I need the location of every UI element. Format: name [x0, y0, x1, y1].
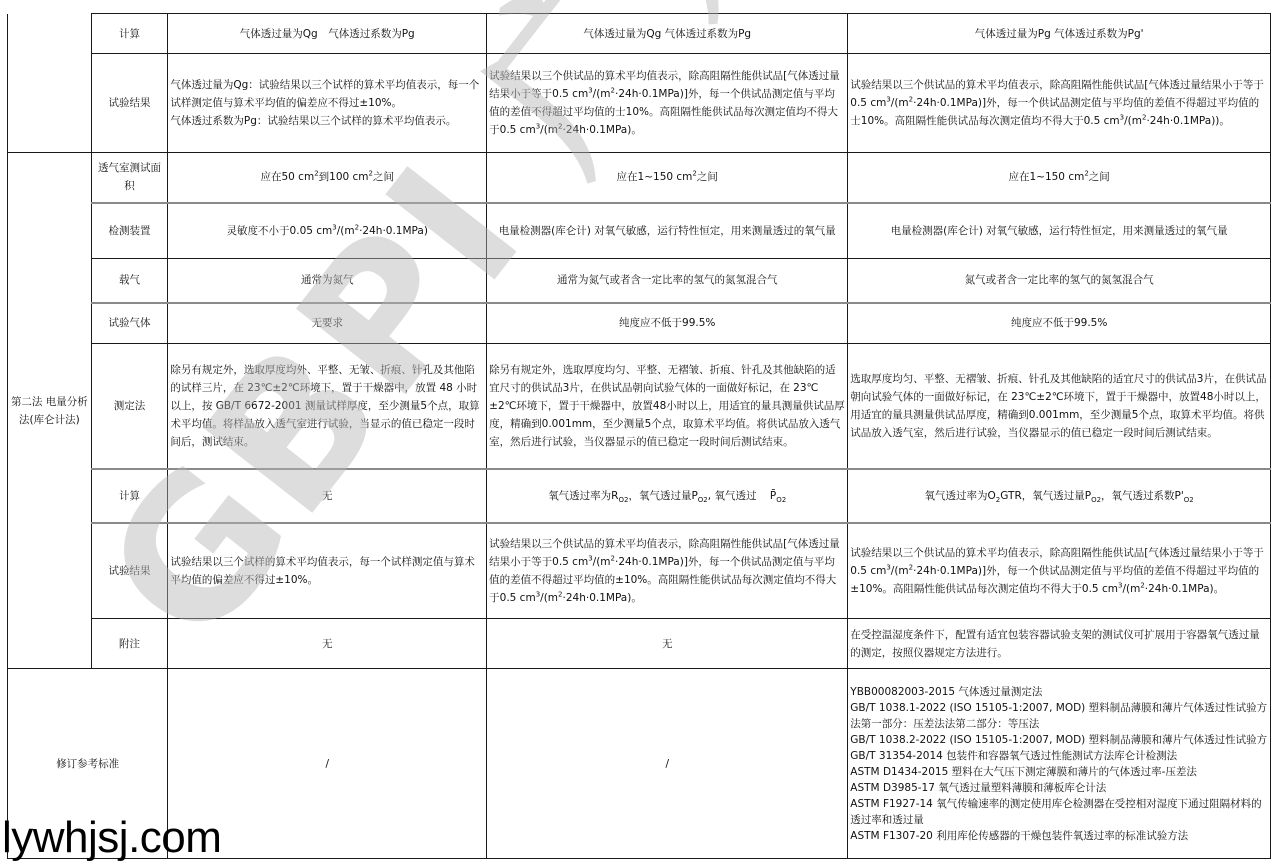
result-line: 气体透过量为Qg：试验结果以三个试样的算术平均值表示，每一个试样测定值与算术平均…: [170, 76, 484, 112]
spec-comparison-table: 计算 气体透过量为Qg 气体透过系数为Pg 气体透过量为Qg 气体透过系数为Pg…: [7, 13, 1271, 859]
cell-col-b: 通常为氮气或者含一定比率的氢气的氮氢混合气: [487, 259, 848, 303]
reference-item: ASTM D3985-17 氧气透过量塑料薄膜和薄板库仑计法: [850, 780, 1268, 796]
reference-item: GB/T 31354-2014 包装件和容器氧气透过性能测试方法库仑计检测法: [850, 748, 1268, 764]
cell-col-b: 除另有规定外，选取厚度均匀、平整、无褶皱、折痕、针孔及其他缺陷的适宜尺寸的供试品…: [487, 344, 848, 469]
method1-result-row: 试验结果 气体透过量为Qg：试验结果以三个试样的算术平均值表示，每一个试样测定值…: [8, 54, 1271, 153]
row-label: 透气室测试面积: [91, 153, 168, 203]
cell-col-b: 试验结果以三个供试品的算术平均值表示，除高阻隔性能供试品[气体透过量结果小于等于…: [487, 523, 848, 619]
cell-col-b: 电量检测器(库仑计) 对氧气敏感，运行特性恒定，用来测量透过的氧气量: [487, 203, 848, 259]
cell-col-b: 氧气透过率为RO2，氧气透过量PO2, 氧气透过ﾠ P̄O2: [487, 469, 848, 523]
method2-row: 附注无无在受控温湿度条件下，配置有适宜包装容器试验支架的测试仪可扩展用于容器氧气…: [8, 619, 1271, 669]
row-label: 试验结果: [91, 54, 168, 153]
method2-row: 载气通常为氮气通常为氮气或者含一定比率的氢气的氮氢混合气氮气或者含一定比率的氢气…: [8, 259, 1271, 303]
row-label: 测定法: [91, 344, 168, 469]
cell-col-a: 无要求: [168, 303, 487, 344]
method2-row: 测定法除另有规定外，选取厚度均外、平整、无皱、折痕、针孔及其他陷的试样三片，在 …: [8, 344, 1271, 469]
cell-col-a: 除另有规定外，选取厚度均外、平整、无皱、折痕、针孔及其他陷的试样三片，在 23℃…: [168, 344, 487, 469]
cell-col-a: 应在50 cm2到100 cm2之间: [168, 153, 487, 203]
cell-col-c: 在受控温湿度条件下，配置有适宜包装容器试验支架的测试仪可扩展用于容器氧气透过量的…: [848, 619, 1271, 669]
cell-col-a: 无: [168, 469, 487, 523]
row-label: 载气: [91, 259, 168, 303]
site-watermark: lywhjsj.com: [2, 812, 221, 864]
result-line: 气体透过系数为Pg：试验结果以三个试样的算术平均值表示。: [170, 112, 484, 130]
cell-col-b: 纯度应不低于99.5%: [487, 303, 848, 344]
cell-col-c: 氮气或者含一定比率的氢气的氮氢混合气: [848, 259, 1271, 303]
cell-col-c: 气体透过量为Pg 气体透过系数为Pg': [848, 14, 1271, 54]
row-label: 计算: [91, 14, 168, 54]
method2-row: 检测装置灵敏度不小于0.05 cm3/(m2·24h·0.1MPa)电量检测器(…: [8, 203, 1271, 259]
cell-col-a: 灵敏度不小于0.05 cm3/(m2·24h·0.1MPa): [168, 203, 487, 259]
reference-item: ASTM F1927-14 氧气传输速率的测定使用库仑检测器在受控相对湿度下通过…: [850, 796, 1268, 828]
cell-col-c: 选取厚度均匀、平整、无褶皱、折痕、针孔及其他缺陷的适宜尺寸的供试品3片，在供试品…: [848, 344, 1271, 469]
method1-group-cell: [8, 14, 92, 153]
reference-item: ASTM F1307-20 利用库伦传感器的干燥包装件氧透过率的标准试验方法: [850, 828, 1268, 844]
cell-col-b: 气体透过量为Qg 气体透过系数为Pg: [487, 14, 848, 54]
reference-item: YBB00082003-2015 气体透过量测定法: [850, 684, 1268, 700]
cell-col-a: 气体透过量为Qg：试验结果以三个试样的算术平均值表示，每一个试样测定值与算术平均…: [168, 54, 487, 153]
cell-col-b: 无: [487, 619, 848, 669]
method2-name: 第二法 电量分析法(库仑计法): [8, 153, 92, 669]
row-label: 试验气体: [91, 303, 168, 344]
cell-col-b: /: [487, 669, 848, 859]
reference-item: ASTM D1434-2015 塑料在大气压下测定薄膜和薄片的气体透过率-压差法: [850, 764, 1268, 780]
cell-col-c: 纯度应不低于99.5%: [848, 303, 1271, 344]
method2-row: 计算无氧气透过率为RO2，氧气透过量PO2, 氧气透过ﾠ P̄O2氧气透过率为O…: [8, 469, 1271, 523]
cell-col-c: 试验结果以三个供试品的算术平均值表示，除高阻隔性能供试品[气体透过量结果小于等于…: [848, 523, 1271, 619]
row-label: 计算: [91, 469, 168, 523]
row-label: 试验结果: [91, 523, 168, 619]
references-list: YBB00082003-2015 气体透过量测定法GB/T 1038.1-202…: [848, 669, 1271, 859]
reference-item: GB/T 1038.2-2022 (ISO 15105-1:2007, MOD)…: [850, 732, 1268, 748]
cell-col-c: 电量检测器(库仑计) 对氧气敏感，运行特性恒定，用来测量透过的氧气量: [848, 203, 1271, 259]
row-label: 附注: [91, 619, 168, 669]
method1-calc-row: 计算 气体透过量为Qg 气体透过系数为Pg 气体透过量为Qg 气体透过系数为Pg…: [8, 14, 1271, 54]
cell-col-c: 试验结果以三个供试品的算术平均值表示，除高阻隔性能供试品[气体透过量结果小于等于…: [848, 54, 1271, 153]
reference-item: GB/T 1038.1-2022 (ISO 15105-1:2007, MOD)…: [850, 700, 1268, 732]
cell-col-c: 氧气透过率为O2GTR，氧气透过量PO2，氧气透过系数P'O2: [848, 469, 1271, 523]
cell-col-a: 无: [168, 619, 487, 669]
cell-col-b: 试验结果以三个供试品的算术平均值表示，除高阻隔性能供试品[气体透过量结果小于等于…: [487, 54, 848, 153]
cell-col-b: 应在1~150 cm2之间: [487, 153, 848, 203]
cell-col-a: 通常为氮气: [168, 259, 487, 303]
method2-section: 第二法 电量分析法(库仑计法)透气室测试面积应在50 cm2到100 cm2之间…: [8, 153, 1271, 669]
method2-row: 试验结果试验结果以三个试样的算术平均值表示，每一个试样测定值与算术平均值的偏差应…: [8, 523, 1271, 619]
cell-col-c: 应在1~150 cm2之间: [848, 153, 1271, 203]
row-label: 检测装置: [91, 203, 168, 259]
cell-col-a: 气体透过量为Qg 气体透过系数为Pg: [168, 14, 487, 54]
cell-col-a: 试验结果以三个试样的算术平均值表示，每一个试样测定值与算术平均值的偏差应不得过±…: [168, 523, 487, 619]
method2-row: 第二法 电量分析法(库仑计法)透气室测试面积应在50 cm2到100 cm2之间…: [8, 153, 1271, 203]
method2-row: 试验气体无要求纯度应不低于99.5%纯度应不低于99.5%: [8, 303, 1271, 344]
